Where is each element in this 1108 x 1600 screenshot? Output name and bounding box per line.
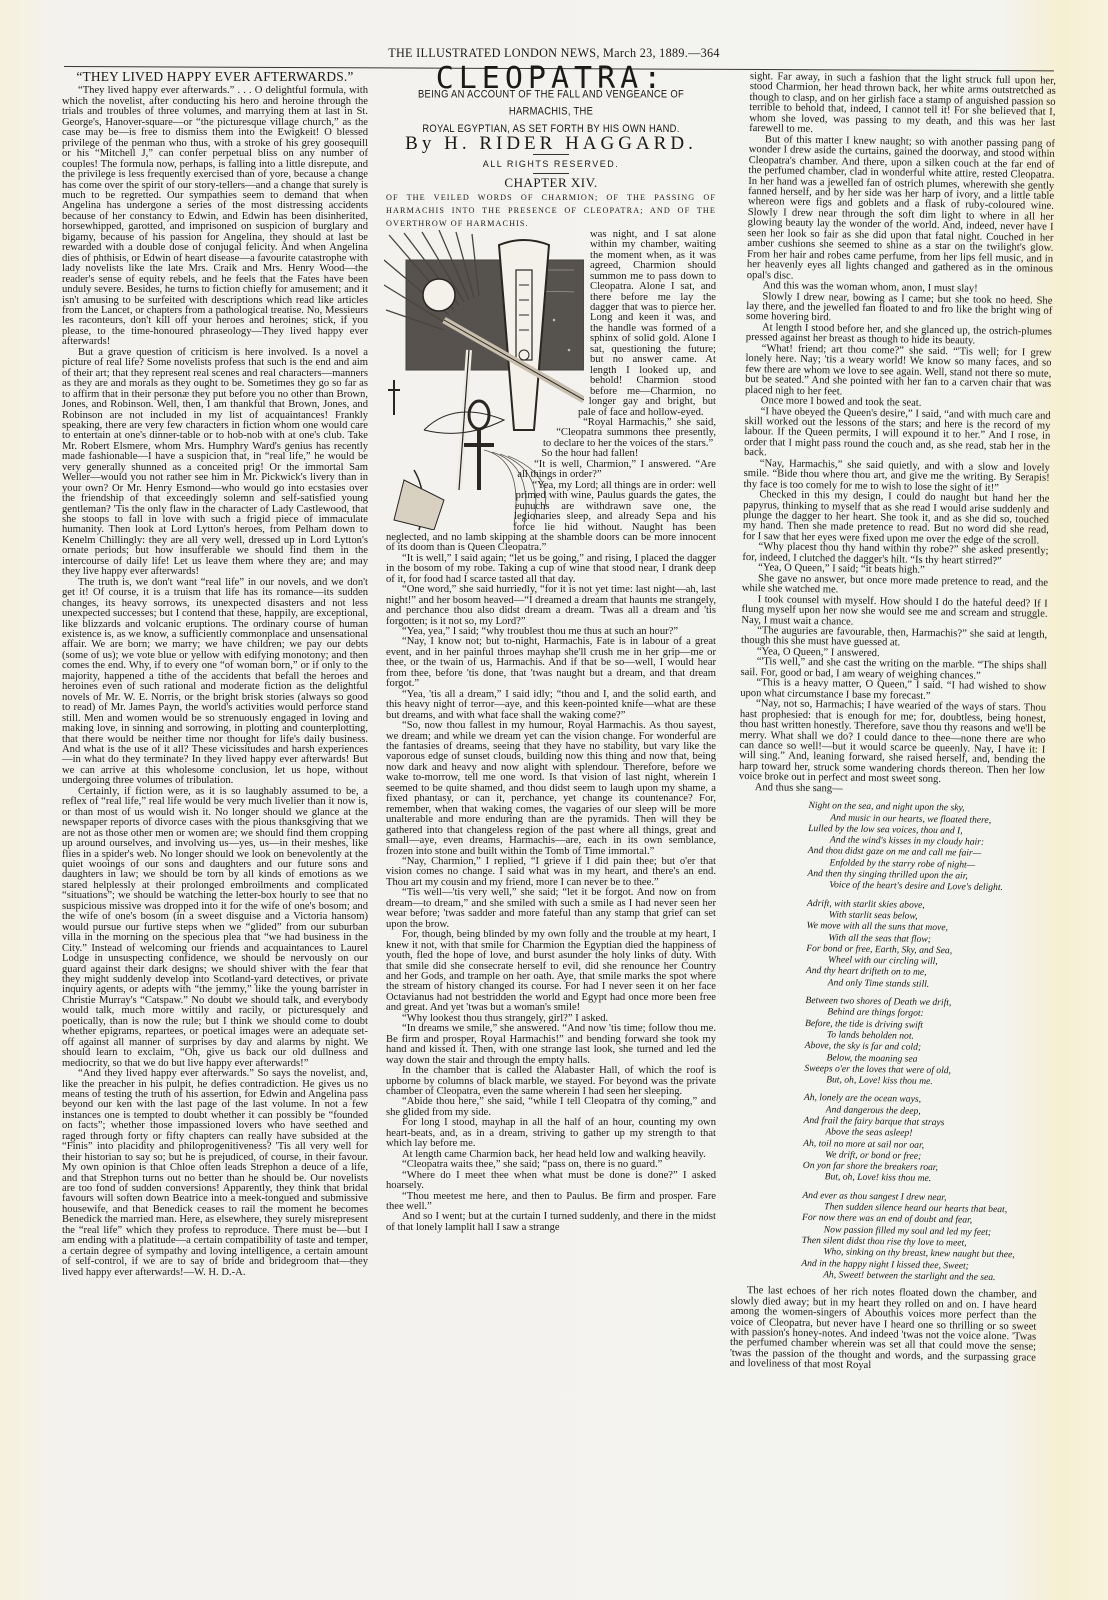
paragraph: sight. Far away, in such a fashion that … — [749, 72, 1056, 140]
paragraph: “Nay, not so, Harmachis; I have wearied … — [739, 699, 1046, 787]
chapter-opening: was night, and I sat alone within my cha… — [386, 230, 716, 1234]
stanza: Ah, lonely are the ocean ways,And danger… — [803, 1092, 1040, 1186]
essay-column: “THEY LIVED HAPPY EVER AFTERWARDS.” “The… — [62, 72, 368, 1278]
paragraph: The last echoes of her rich notes floate… — [730, 1286, 1037, 1374]
paragraph: “One word,” she said hurriedly, “for it … — [386, 585, 716, 627]
essay-body: “They lived happy ever afterwards.” . . … — [62, 86, 368, 1278]
paragraph: “Thou meetest me here, and then to Paulu… — [386, 1192, 716, 1213]
paragraph: “I have obeyed the Queen's desire,” I sa… — [744, 406, 1051, 463]
paragraph: “It is well,” I said again; “let us be g… — [386, 554, 716, 585]
stanza: Night on the sea, and night upon the sky… — [807, 800, 1044, 894]
paragraph: “Where do I meet thee when what must be … — [386, 1171, 716, 1192]
rights-notice: ALL RIGHTS RESERVED. — [386, 159, 716, 169]
paragraph: And so I went; but at the curtain I turn… — [386, 1212, 716, 1233]
running-head: THE ILLUSTRATED LONDON NEWS, March 23, 1… — [0, 46, 1108, 61]
paragraph: The truth is, we don't want “real life” … — [62, 578, 368, 787]
song-verses: Night on the sea, and night upon the sky… — [801, 800, 1045, 1284]
subtitle-line-2: ROYAL EGYPTIAN, AS SET FORTH BY HIS OWN … — [386, 120, 716, 137]
paragraph: Checked in this my design, I could do na… — [743, 490, 1050, 547]
verse-line: Voice of the heart's desire and Love's d… — [807, 879, 1043, 894]
verse-line: And only Time stands still. — [806, 977, 1042, 992]
paragraph: “They lived happy ever afterwards.” . . … — [62, 86, 368, 347]
serial-subtitle: BEING AN ACCOUNT OF THE FALL AND VENGEAN… — [386, 85, 716, 137]
paragraph: For long I stood, mayhap in all the half… — [386, 1118, 716, 1149]
paragraph: “And they lived happy ever afterwards.” … — [62, 1069, 368, 1278]
paragraph: “In dreams we smile,” she answered. “And… — [386, 1024, 716, 1066]
paragraph: “Nay, I know not; but to-night, Harmachi… — [386, 637, 716, 689]
newspaper-page: THE ILLUSTRATED LONDON NEWS, March 23, 1… — [0, 0, 1108, 1600]
verse-line: But, oh, Love! kiss thou me. — [804, 1074, 1040, 1089]
serial-body-3: The last echoes of her rich notes floate… — [730, 1286, 1037, 1374]
chapter-synopsis: OF THE VEILED WORDS OF CHARMION; OF THE … — [386, 191, 716, 230]
paragraph: But a grave question of criticism is her… — [62, 348, 368, 578]
paragraph: “What! friend; art thou come?” she said.… — [745, 344, 1052, 401]
serial-body-2: sight. Far away, in such a fashion that … — [739, 72, 1056, 798]
verse-line: But, oh, Love! kiss thou me. — [803, 1171, 1039, 1186]
byline: By H. RIDER HAGGARD. — [386, 139, 716, 149]
paragraph: “Abide thou here,” she said, “while I te… — [386, 1097, 716, 1118]
divider — [533, 173, 569, 174]
stanza: And ever as thou sangest I drew near,The… — [801, 1190, 1038, 1284]
verse-line: Ah, Sweet! between the starlight and the… — [801, 1269, 1037, 1284]
paragraph: “So, now thou fallest in my humour, Roya… — [386, 721, 716, 857]
paragraph: “Yea, 'tis all a dream,” I said idly; “t… — [386, 690, 716, 721]
paragraph: Certainly, if fiction were, as it is so … — [62, 787, 368, 1069]
chapter-heading: CHAPTER XIV. — [386, 178, 716, 188]
paragraph: For, though, being blinded by my own fol… — [386, 930, 716, 1014]
divider — [533, 154, 569, 155]
stanza: Adrift, with starlit skies above,With st… — [806, 898, 1043, 992]
essay-title: “THEY LIVED HAPPY EVER AFTERWARDS.” — [62, 72, 368, 82]
paragraph: But of this matter I knew naught; so wit… — [747, 135, 1055, 286]
serial-column-1: CLEOPATRA: BEING AN ACCOUNT OF THE FALL … — [386, 72, 716, 1233]
serial-column-2: sight. Far away, in such a fashion that … — [730, 72, 1056, 1374]
paragraph: In the chamber that is called the Alabas… — [386, 1066, 716, 1097]
subtitle-line-1: BEING AN ACCOUNT OF THE FALL AND VENGEAN… — [386, 85, 716, 120]
serial-title: CLEOPATRA: — [386, 74, 716, 84]
stanza: Between two shores of Death we drift,Beh… — [804, 995, 1041, 1089]
paragraph: “Nay, Charmion,” I replied, “I grieve if… — [386, 857, 716, 888]
paragraph: “Tis well—'tis very well,” she said; “le… — [386, 888, 716, 930]
